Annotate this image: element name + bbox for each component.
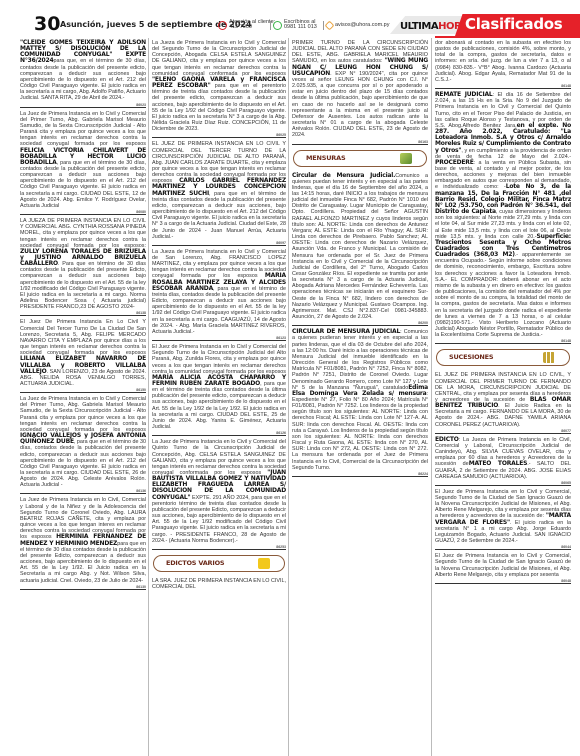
classified-ad[interactable]: PRIMER TURNO DE LA CIRCUNSCRIPCIÓN JUDIC… [290,38,430,146]
ad-code: 86138 [20,311,146,316]
section-header: EDICTOS VARIOS [153,555,285,572]
ad-text: La Jueza de Primera Instancia en lo Civi… [152,40,286,77]
page-header: 30 Asunción, jueves 5 de septiembre de 2… [0,0,580,30]
classified-ad[interactable]: LA SRA. JUEZ DE PRIMERA INSTANCIA EN LO … [150,576,288,591]
classified-ad[interactable]: EL JUEZ DE PRIMERA INSTANCIA EN LO CIVIL… [433,370,573,434]
ad-text: , para que en el término de treinta días… [152,381,286,430]
classified-ad[interactable]: LA JUEZA DE PRIMERA INSTANCIA EN LO CIVI… [18,216,148,317]
ad-text: La Juez de Primera Instancia en lo Civil… [20,396,146,433]
ad-code: 86123 [152,336,286,341]
page-number: 30 [34,16,60,32]
ad-code: 86150 [20,388,146,393]
ad-code: 86023 [20,103,146,108]
section-header: SUCESIONES [436,349,570,366]
ad-code: 86048 [435,579,571,584]
ad-code: 86126 [152,431,286,436]
classified-ad[interactable]: "CLEIDE GOMES TEIXEIRA Y ADILSON MATTEY … [18,38,148,109]
contact-whatsapp[interactable]: Escríbinos al0981 111 013 [273,19,317,31]
contact-value: avisos@uhora.com.py [335,23,390,28]
classified-ad[interactable]: La Juez de Primera Instancia en lo Civil… [18,495,148,590]
ad-heading: EDICTO [435,436,459,443]
ad-text: dor abonará al contado en la subasta en … [435,40,571,83]
ad-code: 86136 [20,489,146,494]
classified-ad[interactable]: El Juez de Primera Instancia en lo Civil… [433,551,573,585]
family-icon [543,352,555,363]
ad-text: Comunico a quienes puedan tener interés … [292,173,428,321]
classified-ad[interactable]: La Juez de Primera Instancia en lo Civil… [150,437,288,551]
ad-heading: MATEO TORALES [469,460,528,467]
ad-text: , para que en el término de treinta días… [152,286,286,335]
ad-text: . EXP N° 190/2024", cita por quince vece… [292,71,428,139]
ad-code: 86065 [435,481,571,486]
classified-ad[interactable]: REMATE JUDICIAL: El día 16 de Setiembre … [433,90,573,345]
ad-code: 86097 [152,241,286,246]
ad-code: 86025 [152,133,286,138]
ad-code: 86130 [20,585,146,590]
classified-ad[interactable]: dor abonará al contado en la subasta en … [433,38,573,90]
classified-ad[interactable]: El Juez De Primera Instancia En Lo Civil… [18,317,148,394]
ad-text: para que en el perentorio término de tre… [152,83,286,132]
ad-text: para que en el término de 30 días contad… [20,541,146,584]
ad-code: 86253 [152,545,286,550]
ad-code: 86077 [435,429,571,434]
ad-heading: REMATE JUDICIAL [435,91,493,98]
classified-ad[interactable]: El Juez de Primera Instancia en lo Civil… [150,342,288,437]
classified-ad[interactable]: EDICTO: La Jueza de Primera Instancia en… [433,435,573,487]
ad-heading: CIRCULAR DE MENSURA JUDICIAL [292,328,400,335]
ad-code: 86224 [292,472,428,477]
contact-email[interactable]: avisos@uhora.com.py [326,19,390,31]
map-icon [400,153,412,164]
classified-ad[interactable]: La Juez de Primera Instancia en lo Civil… [18,109,148,217]
section-header-title: MENSURAS [306,155,345,161]
contact-value: 0981 111 013 [284,24,317,30]
ad-text: El Juez De Primera Instancia En Lo Civil… [20,319,146,356]
classified-ad[interactable]: El Juez de Primera Instancia en lo Civil… [433,487,573,551]
section-title: Clasificados [465,15,562,33]
ad-code: 86044 [435,545,571,550]
ad-text: para que, en el término de 30 días, cont… [20,58,146,101]
ad-text: , para que en el término de 30 días, con… [20,160,146,209]
section-header-title: EDICTOS VARIOS [166,560,224,566]
ad-text: La Juez de Primera Instancia en lo Civil… [20,111,146,148]
ad-text: LA JUEZA DE PRIMERA INSTANCIA EN LO CIVI… [20,218,146,249]
column-3: PRIMER TURNO DE LA CIRCUNSCRIPCIÓN JUDIC… [290,38,430,756]
ad-code: 86163 [292,140,428,145]
classified-ad[interactable]: Circular de Mensura Judicial.Comunico a … [290,171,430,328]
ad-code: 86200 [292,321,428,326]
contact-phone[interactable]: Atención al cliente:415 7000 [218,19,275,31]
column-4: dor abonará al contado en la subasta en … [433,38,573,756]
ad-text: : Comunico a quienes pudieran tener inte… [292,329,428,390]
section-header: MENSURAS [293,150,427,167]
ad-heading: Circular de Mensura Judicial. [292,172,395,179]
ad-heading: PROCEDERÉ [435,159,474,166]
phone-icon [218,21,227,30]
ad-text: . Para que en término de 30 días contado… [20,261,146,310]
ad-text: .- apparentemente se encuentra Ocupado.-… [435,252,571,338]
ad-text: El Juez de Primera Instancia en lo Civil… [435,553,571,577]
ad-text: , para que en el término de 30 días, con… [20,439,146,488]
column-2: La Jueza de Primera Instancia en lo Civi… [150,38,288,756]
classified-ad[interactable]: CIRCULAR DE MENSURA JUDICIAL: Comunico a… [290,327,430,478]
classified-ad[interactable]: La Jueza de Primera Instancia en lo Civi… [150,38,288,139]
ad-text: El Juez de Primera Instancia en lo Civil… [152,344,286,375]
ad-text: La Juez de Primera Instancia en lo Civil… [152,439,286,476]
email-icon [325,20,335,30]
document-icon [258,558,270,569]
ad-text: : Expediente N° 27, Folio N° 80 Año 2024… [292,391,428,471]
column-1: "CLEIDE GOMES TEIXEIRA Y ADILSON MATTEY … [18,38,148,756]
ad-text: EXPTE. 291 AÑO 2024, para que en el pere… [152,495,286,544]
section-header-title: SUCESIONES [449,354,493,360]
ad-text: , para que en el término de treinta días… [152,191,286,240]
contact-value: 415 7000 [229,24,252,30]
ad-code: 86148 [435,84,571,89]
classified-ad[interactable]: La Juez de Primera Instancia en lo Civil… [18,394,148,495]
classified-ad[interactable]: La Jueza de Primera Instancia en lo Civi… [150,247,288,342]
whatsapp-icon [273,21,282,30]
ad-code: 86080 [20,210,146,215]
ad-code: 86148 [435,339,571,344]
classified-ad[interactable]: EL JUEZ DE PRIMERA INSTANCIA EN LO CIVIL… [150,139,288,247]
